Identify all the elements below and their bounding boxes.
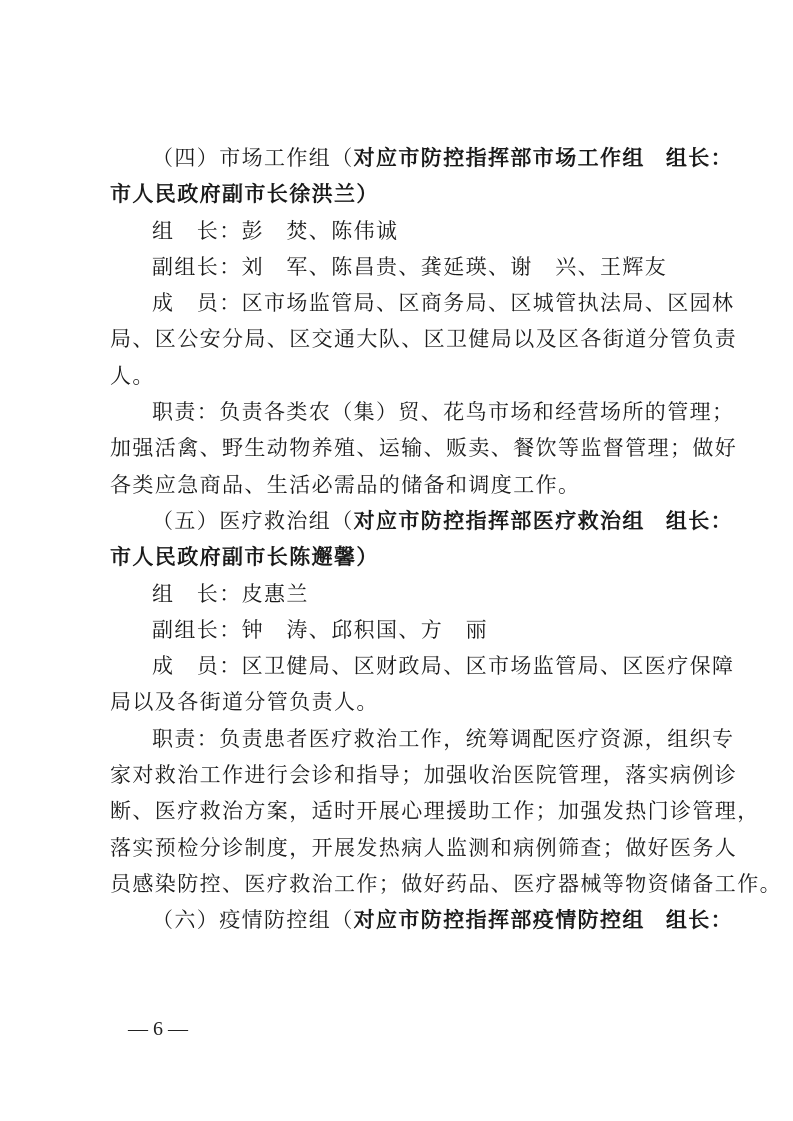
deputy-leader: 副组长：刘 军、陈昌贵、龚延瑛、谢 兴、王辉友 <box>110 249 708 285</box>
heading-bold-leader: 组长： <box>666 146 733 170</box>
heading-bold: 对应市防控指挥部医疗救治组 <box>354 509 645 533</box>
heading-bold: 对应市防控指挥部疫情防控组 <box>354 908 645 932</box>
heading-prefix: （四）市场工作组（ <box>152 146 354 170</box>
section-heading-6: （六）疫情防控组（对应市防控指挥部疫情防控组组长： <box>110 902 708 938</box>
duties: 职责：负责各类农（集）贸、花鸟市场和经营场所的管理； <box>110 394 708 430</box>
duties: 职责：负责患者医疗救治工作，统筹调配医疗资源，组织专 <box>110 721 708 757</box>
members-cont: 局以及各街道分管负责人。 <box>110 684 708 720</box>
deputy-leader: 副组长：钟 涛、邱积国、方 丽 <box>110 612 708 648</box>
document-body: （四）市场工作组（对应市防控指挥部市场工作组组长： 市人民政府副市长徐洪兰） 组… <box>110 140 708 939</box>
heading-bold: 对应市防控指挥部市场工作组 <box>354 146 645 170</box>
heading-bold-leader: 组长： <box>666 509 733 533</box>
duties-cont: 员感染防控、医疗救治工作；做好药品、医疗器械等物资储备工作。 <box>110 866 708 902</box>
duties-cont: 断、医疗救治方案，适时开展心理援助工作；加强发热门诊管理， <box>110 793 708 829</box>
heading-prefix: （六）疫情防控组（ <box>152 908 354 932</box>
members-cont: 局、区公安分局、区交通大队、区卫健局以及区各街道分管负责 <box>110 321 708 357</box>
members-cont: 人。 <box>110 358 708 394</box>
section-heading-5: （五）医疗救治组（对应市防控指挥部医疗救治组组长： <box>110 503 708 539</box>
section-heading-4: （四）市场工作组（对应市防控指挥部市场工作组组长： <box>110 140 708 176</box>
section-heading-5-cont: 市人民政府副市长陈邂馨） <box>110 539 708 575</box>
page-number: — 6 — <box>128 1018 188 1041</box>
duties-cont: 加强活禽、野生动物养殖、运输、贩卖、餐饮等监督管理；做好 <box>110 430 708 466</box>
heading-bold-leader: 组长： <box>666 908 733 932</box>
heading-prefix: （五）医疗救治组（ <box>152 509 354 533</box>
members: 成 员：区市场监管局、区商务局、区城管执法局、区园林 <box>110 285 708 321</box>
duties-cont: 各类应急商品、生活必需品的储备和调度工作。 <box>110 467 708 503</box>
duties-cont: 落实预检分诊制度，开展发热病人监测和病例筛查；做好医务人 <box>110 830 708 866</box>
duties-cont: 家对救治工作进行会诊和指导；加强收治医院管理，落实病例诊 <box>110 757 708 793</box>
section-heading-4-cont: 市人民政府副市长徐洪兰） <box>110 176 708 212</box>
members: 成 员：区卫健局、区财政局、区市场监管局、区医疗保障 <box>110 648 708 684</box>
group-leader: 组 长：皮惠兰 <box>110 576 708 612</box>
group-leader: 组 长：彭 焚、陈伟诚 <box>110 213 708 249</box>
